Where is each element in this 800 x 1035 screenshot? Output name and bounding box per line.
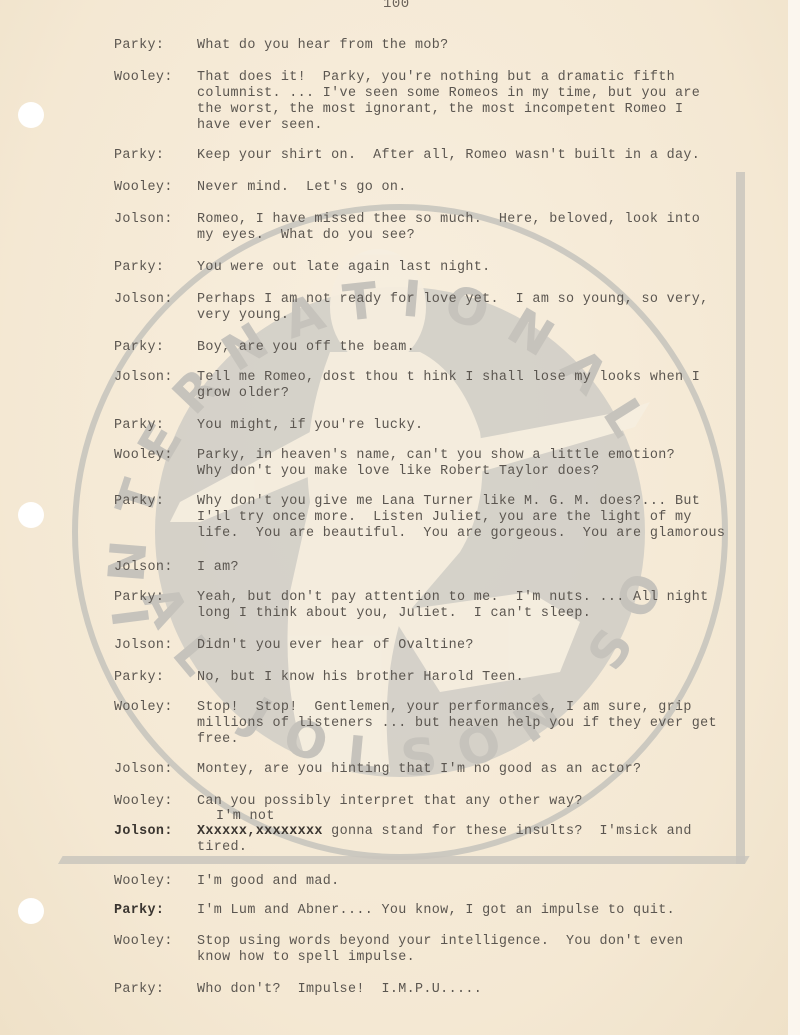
speech-text: Romeo, I have missed thee so much. Here,…: [197, 212, 700, 228]
speech-text: tired.: [197, 840, 247, 856]
dialogue-block: Jolson:Tell me Romeo, dost thou t hink I…: [114, 370, 700, 402]
speech-text: I'm Lum and Abner.... You know, I got an…: [197, 903, 675, 919]
dialogue-block: Jolson:Xxxxxx,xxxxxxxx gonna stand for t…: [114, 824, 692, 856]
dialogue-line: Wooley:Parky, in heaven's name, can't yo…: [114, 448, 675, 464]
speech-text: Xxxxxx,xxxxxxxx gonna stand for these in…: [197, 824, 692, 840]
punch-hole: [18, 102, 44, 128]
speech-text: know how to spell impulse.: [197, 950, 415, 966]
speech-text: You were out late again last night.: [197, 260, 491, 276]
dialogue-line: I'll try once more. Listen Juliet, you a…: [114, 510, 725, 526]
speech-text: long I think about you, Juliet. I can't …: [197, 606, 591, 622]
dialogue-line: Parky:What do you hear from the mob?: [114, 38, 449, 54]
speaker-name: Wooley:: [114, 448, 197, 464]
speech-text: Yeah, but don't pay attention to me. I'm…: [197, 590, 709, 606]
dialogue-line: Parky:Why don't you give me Lana Turner …: [114, 494, 725, 510]
speaker-name: Parky:: [114, 590, 197, 606]
dialogue-block: Parky:I'm Lum and Abner.... You know, I …: [114, 903, 675, 919]
speaker-name: Jolson:: [114, 212, 197, 228]
speech-text: Montey, are you hinting that I'm no good…: [197, 762, 641, 778]
speech-text: the worst, the most ignorant, the most i…: [197, 102, 683, 118]
speech-text: Stop! Stop! Gentlemen, your performances…: [197, 700, 692, 716]
speech-text: millions of listeners ... but heaven hel…: [197, 716, 717, 732]
speech-text: free.: [197, 732, 239, 748]
speaker-name: Jolson:: [114, 292, 197, 308]
speech-text: That does it! Parky, you're nothing but …: [197, 70, 675, 86]
speaker-name: Parky:: [114, 982, 197, 998]
dialogue-block: Wooley:Never mind. Let's go on.: [114, 180, 407, 196]
speaker-name: Jolson:: [114, 824, 197, 840]
dialogue-block: Parky:Why don't you give me Lana Turner …: [114, 494, 725, 542]
speech-text: No, but I know his brother Harold Teen.: [197, 670, 524, 686]
dialogue-block: Wooley:Parky, in heaven's name, can't yo…: [114, 448, 675, 480]
speech-text: Who don't? Impulse! I.M.P.U.....: [197, 982, 482, 998]
dialogue-block: Parky:Who don't? Impulse! I.M.P.U.....: [114, 982, 482, 998]
dialogue-block: Parky:Yeah, but don't pay attention to m…: [114, 590, 709, 622]
speech-text: columnist. ... I've seen some Romeos in …: [197, 86, 700, 102]
dialogue-line: Wooley:Stop! Stop! Gentlemen, your perfo…: [114, 700, 717, 716]
dialogue-line: Parky:Boy, are you off the beam.: [114, 340, 415, 356]
dialogue-line: Parky:I'm Lum and Abner.... You know, I …: [114, 903, 675, 919]
struck-out-text: Xxxxxx,xxxxxxxx: [197, 824, 323, 839]
dialogue-line: Wooley:I'm good and mad.: [114, 874, 340, 890]
dialogue-block: Parky:No, but I know his brother Harold …: [114, 670, 524, 686]
dialogue-block: Parky:What do you hear from the mob?: [114, 38, 449, 54]
speech-text: Didn't you ever hear of Ovaltine?: [197, 638, 474, 654]
speech-text: have ever seen.: [197, 118, 323, 134]
speech-text: Parky, in heaven's name, can't you show …: [197, 448, 675, 464]
speaker-name: Wooley:: [114, 874, 197, 890]
dialogue-line: columnist. ... I've seen some Romeos in …: [114, 86, 700, 102]
speaker-name: Parky:: [114, 340, 197, 356]
dialogue-line: Jolson:Didn't you ever hear of Ovaltine?: [114, 638, 474, 654]
speech-text: my eyes. What do you see?: [197, 228, 415, 244]
dialogue-block: Wooley:I'm good and mad.: [114, 874, 340, 890]
handtyped-insertion: I'm not: [216, 809, 275, 824]
scan-edge: [788, 0, 800, 1035]
dialogue-block: Jolson:Perhaps I am not ready for love y…: [114, 292, 709, 324]
dialogue-line: free.: [114, 732, 717, 748]
speech-text: Tell me Romeo, dost thou t hink I shall …: [197, 370, 700, 386]
speech-text: I'm good and mad.: [197, 874, 340, 890]
speech-text: Perhaps I am not ready for love yet. I a…: [197, 292, 709, 308]
speaker-name: Parky:: [114, 494, 197, 510]
dialogue-line: tired.: [114, 840, 692, 856]
speaker-name: Parky:: [114, 38, 197, 54]
dialogue-line: life. You are beautiful. You are gorgeou…: [114, 526, 725, 542]
speaker-name: Jolson:: [114, 370, 197, 386]
dialogue-line: Jolson:Perhaps I am not ready for love y…: [114, 292, 709, 308]
page-number: 100: [383, 0, 410, 12]
speaker-name: Parky:: [114, 148, 197, 164]
dialogue-line: know how to spell impulse.: [114, 950, 683, 966]
speech-text: I'll try once more. Listen Juliet, you a…: [197, 510, 692, 526]
speech-text: I am?: [197, 560, 239, 576]
dialogue-block: Wooley:Stop using words beyond your inte…: [114, 934, 683, 966]
speaker-name: Parky:: [114, 260, 197, 276]
dialogue-line: the worst, the most ignorant, the most i…: [114, 102, 700, 118]
speech-text: Why don't you make love like Robert Tayl…: [197, 464, 600, 480]
dialogue-block: Jolson:Montey, are you hinting that I'm …: [114, 762, 641, 778]
dialogue-line: Jolson:I am?: [114, 560, 239, 576]
dialogue-line: Parky:No, but I know his brother Harold …: [114, 670, 524, 686]
dialogue-block: Parky:Boy, are you off the beam.: [114, 340, 415, 356]
dialogue-block: Wooley:Stop! Stop! Gentlemen, your perfo…: [114, 700, 717, 748]
speech-text: grow older?: [197, 386, 289, 402]
speech-text: Boy, are you off the beam.: [197, 340, 415, 356]
dialogue-line: Why don't you make love like Robert Tayl…: [114, 464, 675, 480]
speaker-name: Wooley:: [114, 180, 197, 196]
speaker-name: Parky:: [114, 670, 197, 686]
dialogue-line: Wooley:Can you possibly interpret that a…: [114, 794, 583, 810]
watermark-frame-right: [736, 172, 745, 864]
dialogue-line: Wooley:That does it! Parky, you're nothi…: [114, 70, 700, 86]
dialogue-block: Parky:You were out late again last night…: [114, 260, 491, 276]
speech-text: life. You are beautiful. You are gorgeou…: [197, 526, 725, 542]
punch-hole: [18, 898, 44, 924]
speaker-name: Parky:: [114, 418, 197, 434]
dialogue-line: Parky:Yeah, but don't pay attention to m…: [114, 590, 709, 606]
dialogue-line: Wooley:Never mind. Let's go on.: [114, 180, 407, 196]
speech-text: Never mind. Let's go on.: [197, 180, 407, 196]
dialogue-line: long I think about you, Juliet. I can't …: [114, 606, 709, 622]
dialogue-block: Wooley:Can you possibly interpret that a…: [114, 794, 583, 810]
speaker-name: Wooley:: [114, 794, 197, 810]
speech-text: You might, if you're lucky.: [197, 418, 423, 434]
dialogue-line: Parky:You were out late again last night…: [114, 260, 491, 276]
speaker-name: Wooley:: [114, 70, 197, 86]
dialogue-line: very young.: [114, 308, 709, 324]
speech-text: very young.: [197, 308, 289, 324]
dialogue-line: Parky:Who don't? Impulse! I.M.P.U.....: [114, 982, 482, 998]
dialogue-line: Parky:Keep your shirt on. After all, Rom…: [114, 148, 700, 164]
speaker-name: Wooley:: [114, 700, 197, 716]
dialogue-block: Jolson:Romeo, I have missed thee so much…: [114, 212, 700, 244]
speech-text: What do you hear from the mob?: [197, 38, 449, 54]
watermark-frame-bottom: [58, 856, 750, 864]
dialogue-block: Jolson:I am?: [114, 560, 239, 576]
speaker-name: Parky:: [114, 903, 197, 919]
speaker-name: Jolson:: [114, 560, 197, 576]
dialogue-block: Parky:Keep your shirt on. After all, Rom…: [114, 148, 700, 164]
dialogue-line: my eyes. What do you see?: [114, 228, 700, 244]
punch-hole: [18, 502, 44, 528]
speaker-name: Wooley:: [114, 934, 197, 950]
dialogue-block: Wooley:That does it! Parky, you're nothi…: [114, 70, 700, 134]
dialogue-block: Parky:You might, if you're lucky.: [114, 418, 423, 434]
dialogue-line: Jolson:Xxxxxx,xxxxxxxx gonna stand for t…: [114, 824, 692, 840]
dialogue-line: Jolson:Montey, are you hinting that I'm …: [114, 762, 641, 778]
dialogue-line: millions of listeners ... but heaven hel…: [114, 716, 717, 732]
speech-text: Why don't you give me Lana Turner like M…: [197, 494, 700, 510]
speech-text: Stop using words beyond your intelligenc…: [197, 934, 683, 950]
dialogue-line: grow older?: [114, 386, 700, 402]
dialogue-line: Parky:You might, if you're lucky.: [114, 418, 423, 434]
dialogue-line: Jolson:Romeo, I have missed thee so much…: [114, 212, 700, 228]
dialogue-line: have ever seen.: [114, 118, 700, 134]
dialogue-line: Wooley:Stop using words beyond your inte…: [114, 934, 683, 950]
dialogue-block: Jolson:Didn't you ever hear of Ovaltine?: [114, 638, 474, 654]
dialogue-line: Jolson:Tell me Romeo, dost thou t hink I…: [114, 370, 700, 386]
speaker-name: Jolson:: [114, 762, 197, 778]
speaker-name: Jolson:: [114, 638, 197, 654]
speech-text: Keep your shirt on. After all, Romeo was…: [197, 148, 700, 164]
speech-text: Can you possibly interpret that any othe…: [197, 794, 583, 810]
